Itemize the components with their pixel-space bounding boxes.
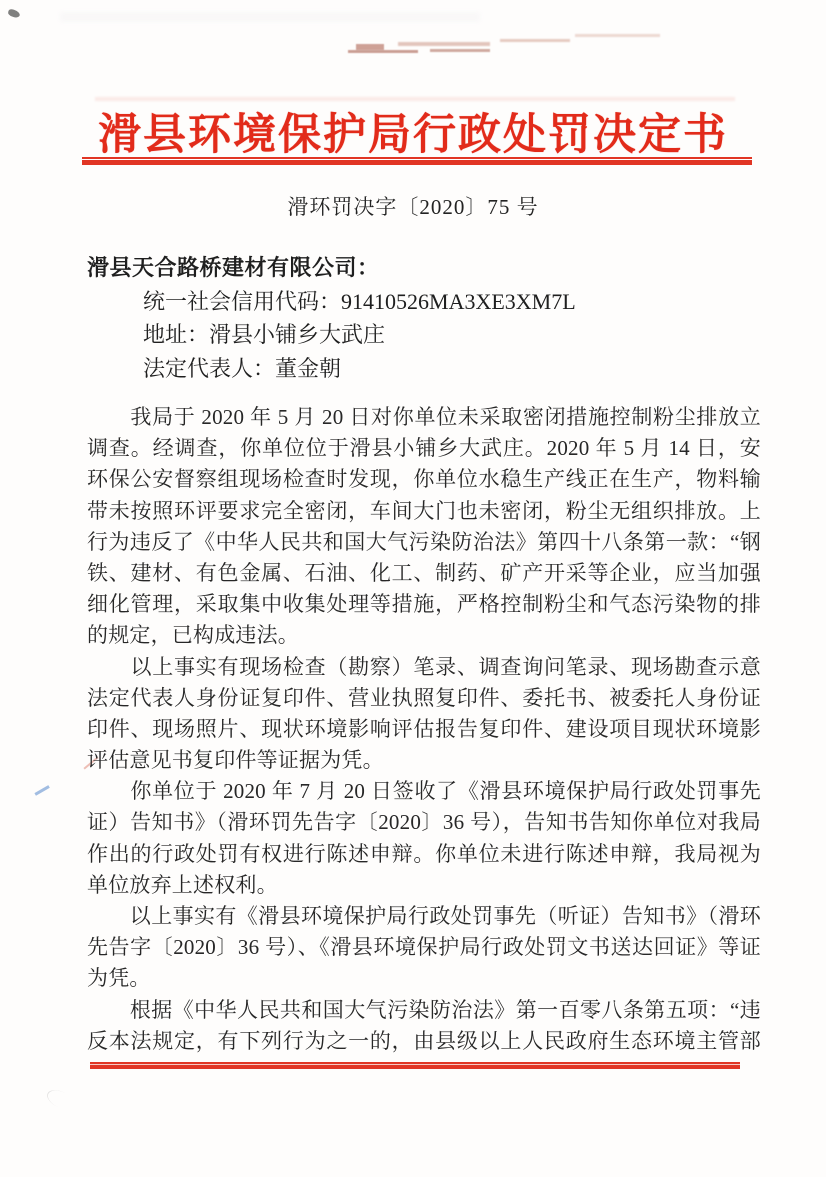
field-value: 董金朝: [275, 356, 341, 381]
body-line: 作出的行政处罚有权进行陈述申辩。你单位未进行陈述申辩，我局视为你: [87, 839, 761, 870]
recipient-block: 滑县天合路桥建材有限公司： 统一社会信用代码：91410526MA3XE3XM7…: [87, 251, 763, 385]
scan-artifact: [575, 34, 660, 37]
body-line: 证）告知书》（滑环罚先告字〔2020〕36 号），告知书告知你单位对我局拟: [87, 807, 761, 838]
footer-divider-rule: [90, 1062, 740, 1069]
body-line: 反本法规定，有下列行为之一的，由县级以上人民政府生态环境主管部门: [87, 1026, 761, 1057]
scan-artifact: [430, 49, 490, 52]
field-value: 91410526MA3XE3XM7L: [341, 289, 576, 314]
recipient-field-address: 地址：滑县小铺乡大武庄: [87, 318, 763, 352]
pen-mark: [34, 785, 49, 795]
document-number: 滑环罚决字〔2020〕75 号: [0, 191, 826, 221]
recipient-company: 滑县天合路桥建材有限公司：: [87, 251, 763, 285]
body-line: 调查。经调查，你单位位于滑县小铺乡大武庄。2020 年 5 月 14 日，安阳市: [87, 433, 761, 464]
scan-artifact: [348, 50, 418, 53]
body-line: 单位放弃上述权利。: [87, 870, 761, 901]
body-line: 行为违反了《中华人民共和国大气污染防治法》第四十八条第一款：“钢: [87, 527, 761, 558]
body-line: 我局于 2020 年 5 月 20 日对你单位未采取密闭措施控制粉尘排放立案: [87, 402, 761, 433]
scan-artifact: [398, 42, 490, 46]
document-title: 滑县环境保护局行政处罚决定书: [0, 101, 826, 162]
body-line: 为凭。: [87, 963, 761, 994]
scan-artifact: [44, 1086, 79, 1114]
field-label: 地址：: [143, 322, 209, 347]
body-line: 铁、建材、有色金属、石油、化工、制药、矿产开采等企业，应当加强精: [87, 558, 761, 589]
recipient-field-credit-code: 统一社会信用代码：91410526MA3XE3XM7L: [87, 285, 763, 319]
field-label: 统一社会信用代码：: [143, 289, 341, 314]
body-line: 你单位于 2020 年 7 月 20 日签收了《滑县环境保护局行政处罚事先（听: [87, 776, 761, 807]
document-page: 滑县环境保护局行政处罚决定书 滑环罚决字〔2020〕75 号 滑县天合路桥建材有…: [0, 0, 826, 1177]
body-line: 印件、现场照片、现状环境影响评估报告复印件、建设项目现状环境影响: [87, 714, 761, 745]
title-divider-rule: [82, 157, 752, 165]
recipient-field-legal-rep: 法定代表人：董金朝: [87, 352, 763, 386]
scan-artifact: [356, 44, 384, 50]
body-text: 我局于 2020 年 5 月 20 日对你单位未采取密闭措施控制粉尘排放立案调查…: [87, 402, 761, 1057]
scan-artifact: [7, 8, 21, 18]
body-line: 细化管理，采取集中收集处理等措施，严格控制粉尘和气态污染物的排放”: [87, 589, 761, 620]
body-line: 的规定，已构成违法。: [87, 620, 761, 651]
body-line: 以上事实有《滑县环境保护局行政处罚事先（听证）告知书》（滑环罚: [87, 901, 761, 932]
body-line: 评估意见书复印件等证据为凭。: [87, 745, 761, 776]
scan-artifact: [60, 12, 480, 22]
body-line: 先告字〔2020〕36 号）、《滑县环境保护局行政处罚文书送达回证》等证据: [87, 932, 761, 963]
body-line: 环保公安督察组现场检查时发现，你单位水稳生产线正在生产，物料输送: [87, 464, 761, 495]
body-line: 以上事实有现场检查（勘察）笔录、调查询问笔录、现场勘查示意图、: [87, 652, 761, 683]
field-label: 法定代表人：: [143, 356, 275, 381]
scan-artifact: [500, 39, 570, 42]
body-line: 根据《中华人民共和国大气污染防治法》第一百零八条第五项：“违: [87, 995, 761, 1026]
body-line: 带未按照环评要求完全密闭，车间大门也未密闭，粉尘无组织排放。上述: [87, 496, 761, 527]
body-line: 法定代表人身份证复印件、营业执照复印件、委托书、被委托人身份证复: [87, 683, 761, 714]
field-value: 滑县小铺乡大武庄: [209, 322, 385, 347]
